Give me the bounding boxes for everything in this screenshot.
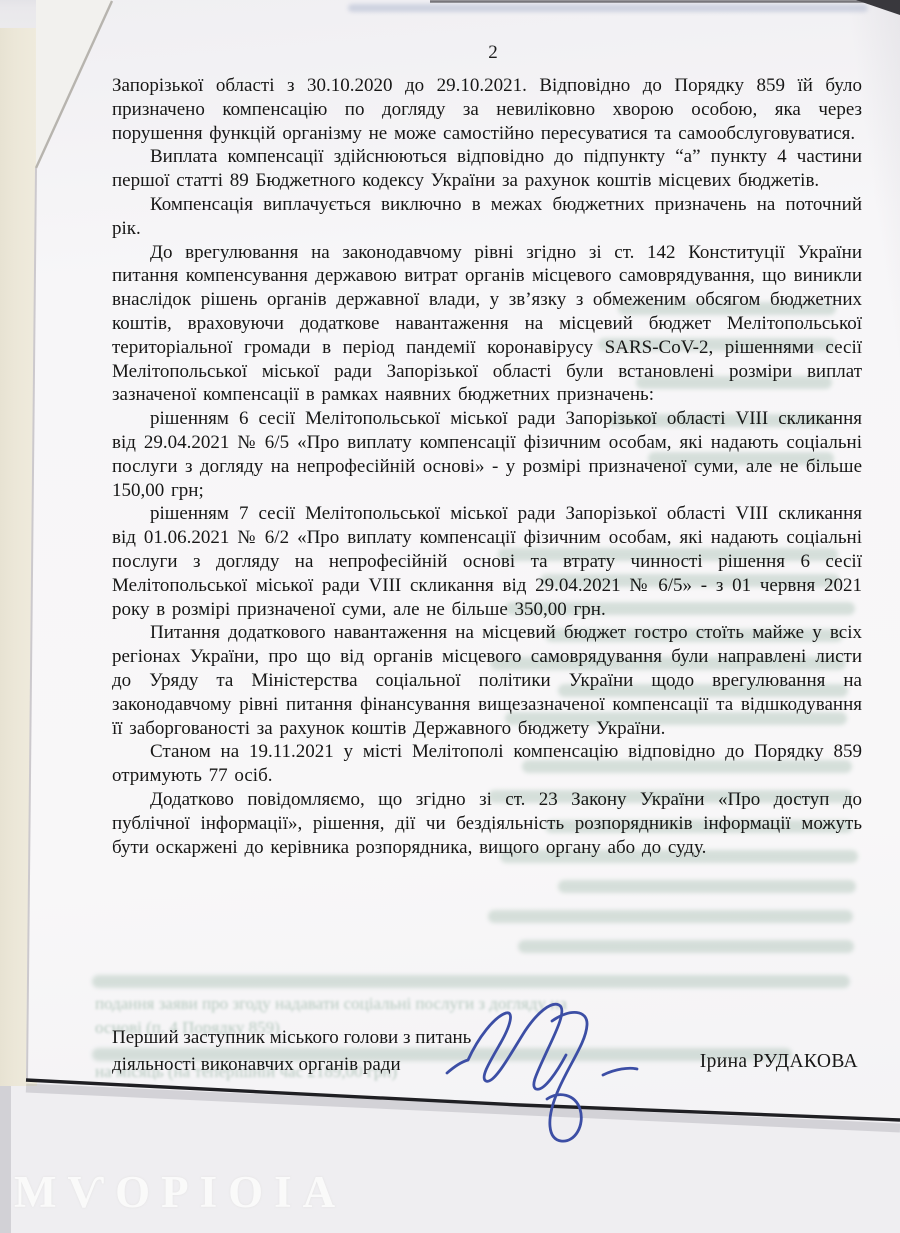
signer-title: Перший заступник міського голови з питан… xyxy=(112,1024,532,1078)
page-number: 2 xyxy=(488,42,498,64)
paragraph: Компенсація виплачується виключно в межа… xyxy=(112,193,862,241)
paragraph: рішенням 7 сесії Мелітопольської міської… xyxy=(112,502,862,621)
ghost-watermark: МѴОРІОІА xyxy=(14,1166,534,1218)
paragraph: Станом на 19.11.2021 у місті Мелітополі … xyxy=(112,740,862,788)
signer-name: Ірина РУДАКОВА xyxy=(700,1051,858,1073)
paragraph: Додатково повідомляємо, що згідно зі ст.… xyxy=(112,788,862,859)
paragraph: Питання додаткового навантаження на місц… xyxy=(112,621,862,740)
paragraph: рішенням 6 сесії Мелітопольської міської… xyxy=(112,407,862,502)
paragraph: Запорізької області з 30.10.2020 до 29.1… xyxy=(112,74,862,145)
document-body: Запорізької області з 30.10.2020 до 29.1… xyxy=(112,74,862,859)
paragraph: Виплата компенсації здійснюються відпові… xyxy=(112,145,862,193)
paragraph: До врегулювання на законодавчому рівні з… xyxy=(112,241,862,408)
signature-block: Перший заступник міського голови з питан… xyxy=(112,1024,860,1078)
scanner-edge-strip xyxy=(0,1082,11,1233)
